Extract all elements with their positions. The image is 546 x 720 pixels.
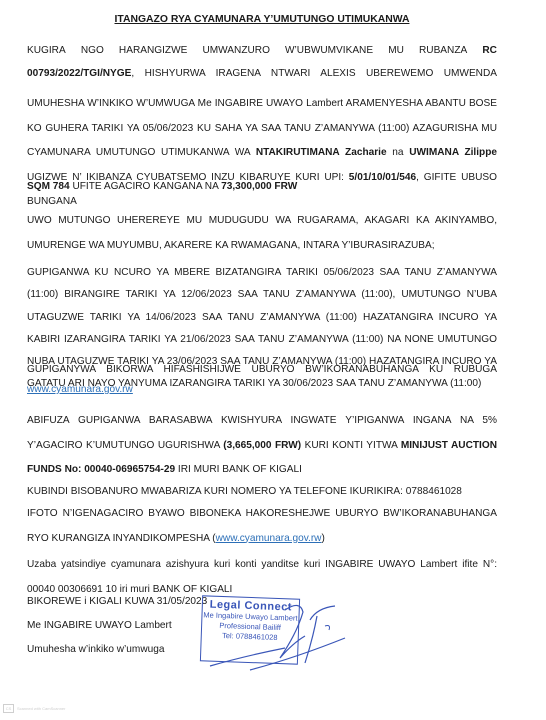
paragraph-photos: IFOTO N’IGENAGACIRO BYAWO BIBONEKA HAKOR… <box>27 502 497 551</box>
handwritten-signature-icon <box>205 598 355 673</box>
deposit-amount: (3,665,000 FRW) <box>223 440 301 451</box>
case-number-prefix: RC <box>482 39 497 64</box>
cyamunara-link-2[interactable]: www.cyamunara.gov.rw <box>216 533 322 544</box>
signature-place-date: BIKOREWE i KIGALI KUWA 31/05/2023 <box>27 595 207 609</box>
document-title: ITANGAZO RYA CYAMUNARA Y’UMUTUNGO UTIMUK… <box>27 14 497 25</box>
paragraph-location: UWO MUTUNGO UHEREREYE MU MUDUGUDU WA RUG… <box>27 209 497 258</box>
signature-role: Umuhesha w’inkiko w’umwuga <box>27 643 164 657</box>
parcel-area: SQM 784 <box>27 181 70 192</box>
paragraph-announcement: UMUHESHA W’INKIKO W’UMWUGA Me INGABIRE U… <box>27 92 497 215</box>
scanner-watermark: CS Scanned with CamScanner <box>3 704 65 713</box>
paragraph-deposit: ABIFUZA GUPIGANWA BARASABWA KWISHYURA IN… <box>27 409 497 483</box>
owner-1: NTAKIRUTIMANA Zacharie <box>256 147 387 158</box>
case-number: 00793/2022/TGI/NYGE <box>27 68 131 79</box>
paragraph-value: SQM 784 UFITE AGACIRO KANGANA NA 73,300,… <box>27 180 497 194</box>
paragraph-case-reference: KUGIRA NGO HARANGIZWE UMWANZURO W’UBWUMV… <box>27 39 497 84</box>
paragraph-online-bidding: GUPIGANYWA BIKORWA HIFASHISHIJWE UBURYO … <box>27 358 497 383</box>
camscanner-icon: CS <box>3 704 14 713</box>
owner-2: UWIMANA Zilippe <box>409 147 497 158</box>
property-value: 73,300,000 FRW <box>221 181 297 192</box>
signature-name: Me INGABIRE UWAYO Lambert <box>27 619 172 633</box>
paragraph-contact: KUBINDI BISOBANURO MWABARIZA KURI NOMERO… <box>27 485 497 499</box>
cyamunara-link[interactable]: www.cyamunara.gov.rw <box>27 384 133 395</box>
